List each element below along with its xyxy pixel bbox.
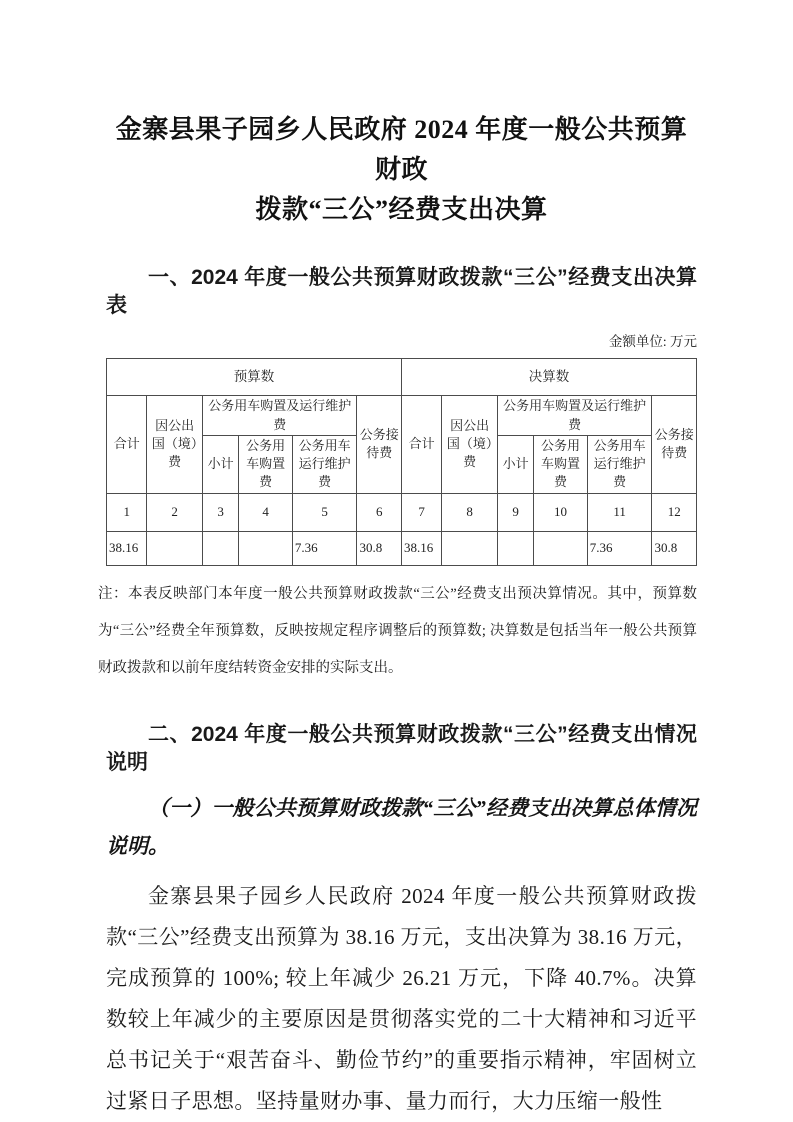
column-number-row: 1 2 3 4 5 6 7 8 9 10 11 12 (107, 493, 697, 531)
group-header-final: 决算数 (401, 359, 696, 396)
document-page: 金寨县果子园乡人民政府 2024 年度一般公共预算财政 拨款“三公”经费支出决算… (0, 0, 793, 1122)
value-final-total: 38.16 (401, 531, 441, 565)
amount-unit-label: 金额单位: 万元 (106, 334, 697, 350)
value-final-reception: 30.8 (652, 531, 697, 565)
section2-heading: 二、2024 年度一般公共预算财政拨款“三公”经费支出情况说明 (106, 721, 697, 777)
subsection1-heading: （一）一般公共预算财政拨款“三公”经费支出决算总体情况说明。 (106, 789, 697, 865)
column-number: 4 (239, 493, 293, 531)
header-final-vehicle: 公务用车购置及运行维护费 (497, 396, 652, 436)
value-budget-reception: 30.8 (357, 531, 401, 565)
table-header-row-1: 合计 因公出国（境）费 公务用车购置及运行维护费 公务接待费 合计 因公出国（境… (107, 396, 697, 436)
column-number: 7 (401, 493, 441, 531)
column-number: 6 (357, 493, 401, 531)
document-content: 金寨县果子园乡人民政府 2024 年度一般公共预算财政 拨款“三公”经费支出决算… (106, 0, 697, 1122)
header-budget-vehicle: 公务用车购置及运行维护费 (202, 396, 357, 436)
column-number: 1 (107, 493, 147, 531)
document-title: 金寨县果子园乡人民政府 2024 年度一般公共预算财政 拨款“三公”经费支出决算 (106, 0, 697, 230)
value-final-abroad (442, 531, 498, 565)
value-budget-total: 38.16 (107, 531, 147, 565)
header-budget-abroad: 因公出国（境）费 (147, 396, 203, 494)
column-number: 8 (442, 493, 498, 531)
document-title-line-2: 拨款“三公”经费支出决算 (106, 190, 697, 230)
value-final-vehicle-maintenance: 7.36 (587, 531, 652, 565)
column-number: 11 (587, 493, 652, 531)
body-paragraph: 金寨县果子园乡人民政府 2024 年度一般公共预算财政拨款“三公”经费支出预算为… (106, 876, 697, 1122)
value-budget-vehicle-purchase (239, 531, 293, 565)
table-note: 注：本表反映部门本年度一般公共预算财政拨款“三公”经费支出预决算情况。其中，预算… (98, 576, 697, 687)
group-header-budget: 预算数 (107, 359, 402, 396)
value-budget-abroad (147, 531, 203, 565)
values-row: 38.16 7.36 30.8 38.16 7.36 30.8 (107, 531, 697, 565)
header-final-vehicle-subtotal: 小计 (497, 436, 533, 494)
value-budget-vehicle-maintenance: 7.36 (292, 531, 357, 565)
header-final-vehicle-purchase: 公务用车购置费 (534, 436, 588, 494)
value-final-vehicle-subtotal (497, 531, 533, 565)
header-final-reception: 公务接待费 (652, 396, 697, 494)
header-final-total: 合计 (401, 396, 441, 494)
header-budget-reception: 公务接待费 (357, 396, 401, 494)
value-budget-vehicle-subtotal (202, 531, 238, 565)
column-number: 5 (292, 493, 357, 531)
header-final-vehicle-maintenance: 公务用车运行维护费 (587, 436, 652, 494)
column-number: 2 (147, 493, 203, 531)
section1-heading: 一、2024 年度一般公共预算财政拨款“三公”经费支出决算表 (106, 264, 697, 320)
document-title-line-1: 金寨县果子园乡人民政府 2024 年度一般公共预算财政 (106, 110, 697, 190)
header-budget-vehicle-subtotal: 小计 (202, 436, 238, 494)
column-number: 10 (534, 493, 588, 531)
value-final-vehicle-purchase (534, 531, 588, 565)
header-budget-total: 合计 (107, 396, 147, 494)
table-group-header-row: 预算数 决算数 (107, 359, 697, 396)
header-budget-vehicle-purchase: 公务用车购置费 (239, 436, 293, 494)
column-number: 12 (652, 493, 697, 531)
header-budget-vehicle-maintenance: 公务用车运行维护费 (292, 436, 357, 494)
column-number: 9 (497, 493, 533, 531)
column-number: 3 (202, 493, 238, 531)
header-final-abroad: 因公出国（境）费 (442, 396, 498, 494)
three-public-expense-table: 预算数 决算数 合计 因公出国（境）费 公务用车购置及运行维护费 公务接待费 合… (106, 358, 697, 566)
